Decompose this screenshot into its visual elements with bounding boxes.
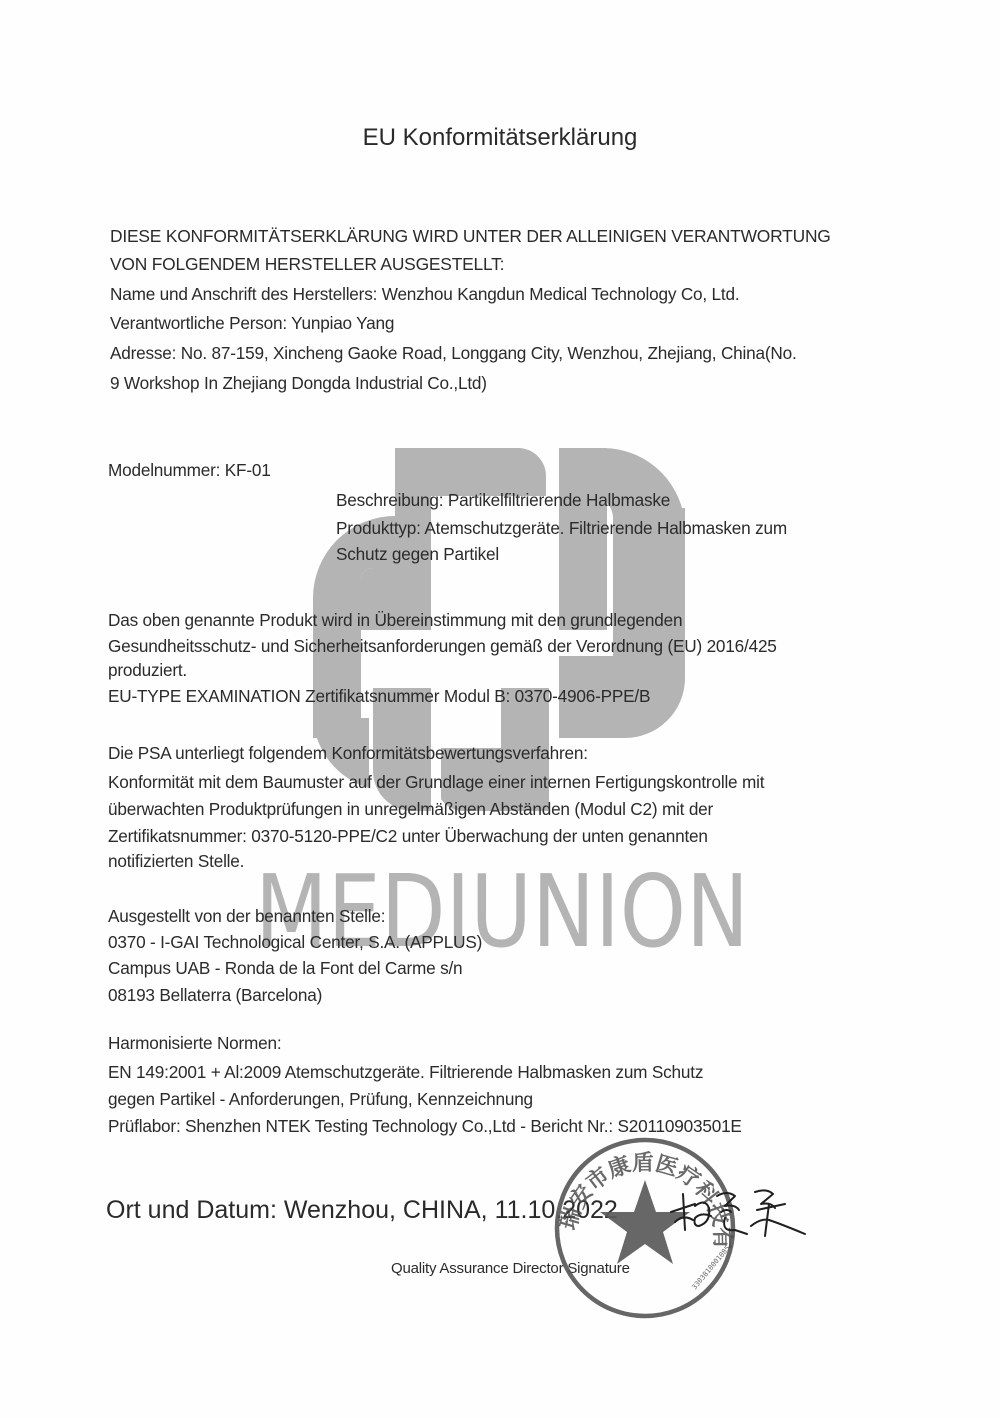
- product-description: Beschreibung: Partikelfiltrierende Halbm…: [336, 492, 670, 509]
- address-line-2: 9 Workshop In Zhejiang Dongda Industrial…: [110, 375, 487, 392]
- responsible-person: Verantwortliche Person: Yunpiao Yang: [110, 315, 394, 332]
- standards-line-2: EN 149:2001 + Al:2009 Atemschutzgeräte. …: [108, 1064, 703, 1081]
- declaration-heading-line-2: VON FOLGENDEM HERSTELLER AUSGESTELLT:: [110, 256, 504, 273]
- declaration-heading-line-1: DIESE KONFORMITÄTSERKLÄRUNG WIRD UNTER D…: [110, 228, 831, 245]
- notified-body-line-1: Ausgestellt von der benannten Stelle:: [108, 908, 385, 925]
- notified-body-line-2: 0370 - I-GAI Technological Center, S.A. …: [108, 934, 482, 951]
- document-title: EU Konformitätserklärung: [0, 124, 1000, 152]
- address-line-1: Adresse: No. 87-159, Xincheng Gaoke Road…: [110, 345, 797, 362]
- model-number: Modelnummer: KF-01: [108, 462, 271, 479]
- product-type-line-1: Produkttyp: Atemschutzgeräte. Filtrieren…: [336, 520, 787, 537]
- notified-body-line-4: 08193 Bellaterra (Barcelona): [108, 987, 322, 1004]
- place-and-date: Ort und Datum: Wenzhou, CHINA, 11.10.202…: [106, 1196, 618, 1225]
- handwritten-signature-icon: [665, 1182, 815, 1242]
- conformity-line-3: produziert.: [108, 662, 187, 679]
- procedure-line-4: Zertifikatsnummer: 0370-5120-PPE/C2 unte…: [108, 828, 708, 845]
- product-type-line-2: Schutz gegen Partikel: [336, 546, 499, 563]
- conformity-line-1: Das oben genannte Produkt wird in Überei…: [108, 612, 682, 629]
- standards-line-3: gegen Partikel - Anforderungen, Prüfung,…: [108, 1091, 533, 1108]
- manufacturer-name: Name und Anschrift des Herstellers: Wenz…: [110, 286, 739, 303]
- eu-type-examination-certificate: EU-TYPE EXAMINATION Zertifikatsnummer Mo…: [108, 688, 650, 705]
- procedure-line-5: notifizierten Stelle.: [108, 853, 244, 870]
- procedure-line-2: Konformität mit dem Baumuster auf der Gr…: [108, 774, 764, 791]
- procedure-line-3: überwachten Produktprüfungen in unregelm…: [108, 801, 713, 818]
- conformity-line-2: Gesundheitsschutz- und Sicherheitsanford…: [108, 638, 777, 655]
- document-page: MEDIUNION EU Konformitätserklärung DIESE…: [0, 0, 1000, 1418]
- standards-line-1: Harmonisierte Normen:: [108, 1035, 281, 1052]
- procedure-line-1: Die PSA unterliegt folgendem Konformität…: [108, 745, 588, 762]
- notified-body-line-3: Campus UAB - Ronda de la Font del Carme …: [108, 960, 462, 977]
